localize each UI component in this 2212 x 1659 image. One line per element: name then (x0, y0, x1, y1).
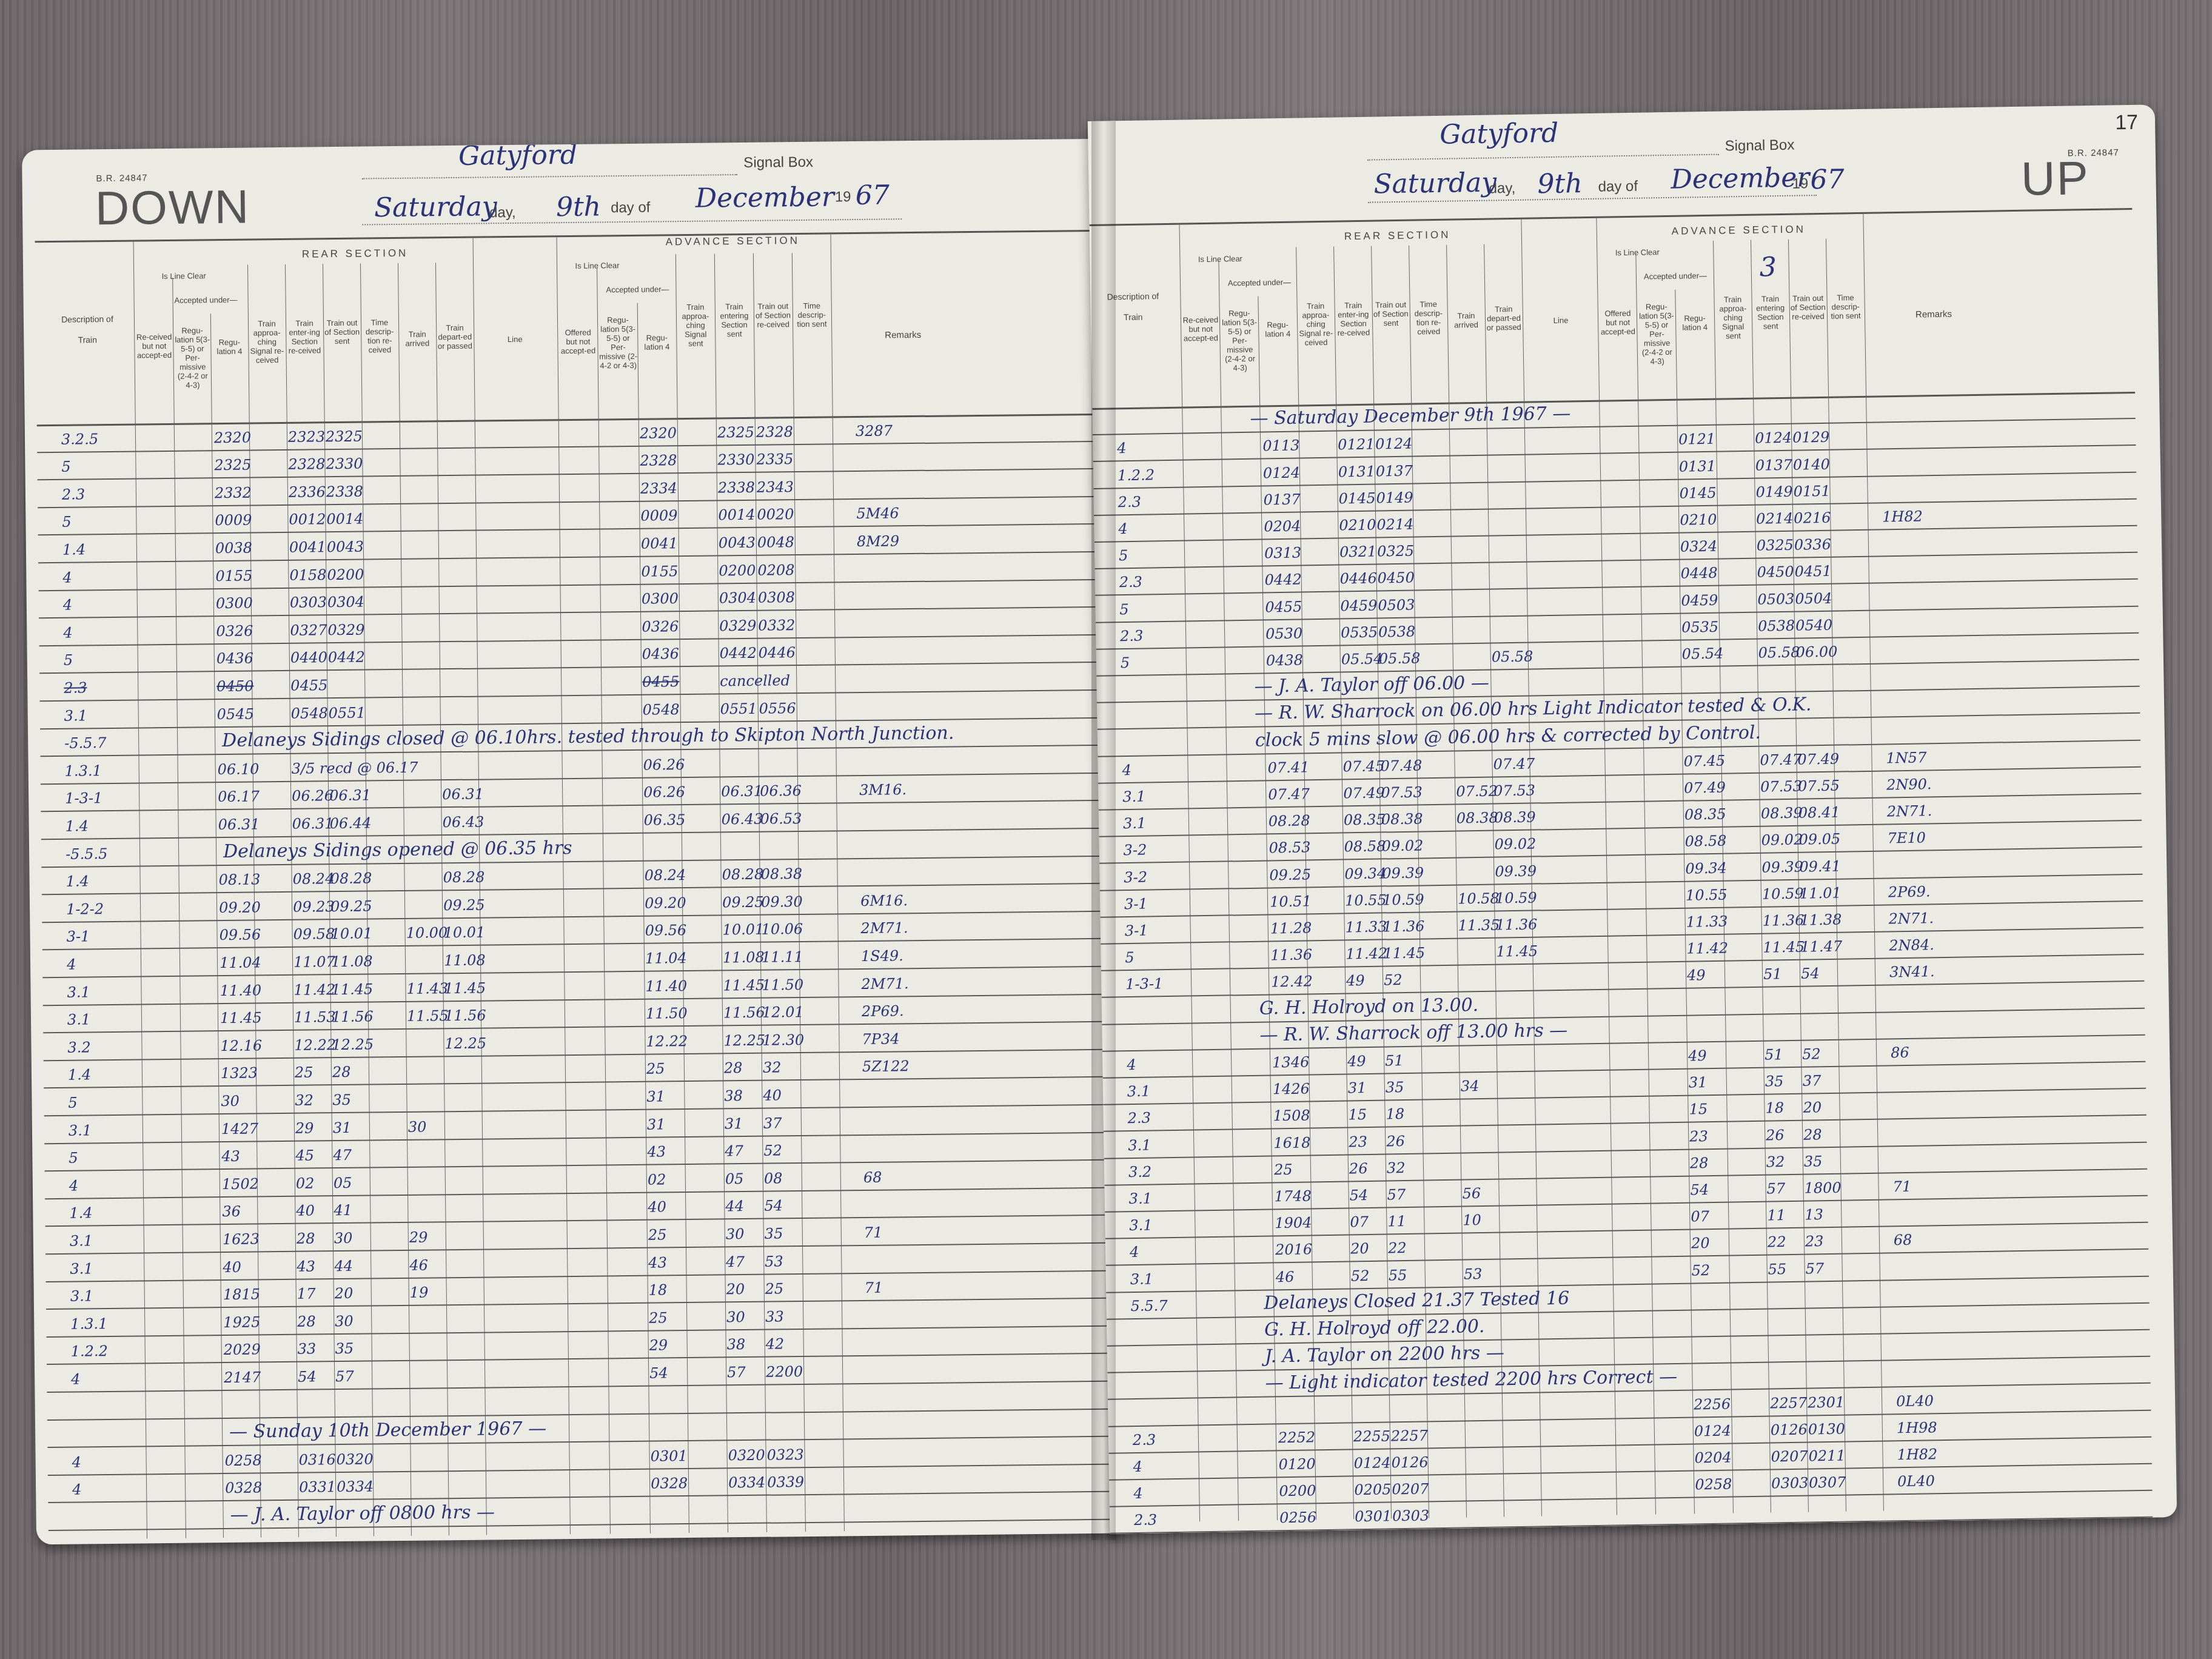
handwritten-note: — J. A. Taylor off 0800 hrs — (230, 1501, 495, 1526)
rear-entering-section-time: 25 (295, 1064, 313, 1081)
col-train-approaching-received-right: Train approa-ching Signal re-ceived (1298, 301, 1334, 347)
train-description: 3.1 (1129, 1190, 1153, 1208)
rear-entering-section-time: 06.26 (292, 788, 333, 805)
col-remarks: Remarks (842, 330, 964, 340)
direction-title: DOWN (95, 179, 250, 236)
rear-out-of-section-time: 0124 (1375, 435, 1413, 453)
rear-out-of-section-time: 31 (333, 1119, 352, 1136)
rear-regulation-4-time: 07.47 (1268, 785, 1310, 803)
advance-regulation-4-time: 0301 (650, 1447, 687, 1465)
accepted-under-label: Accepted under— (173, 295, 240, 305)
advance-entering-section-time: cancelled (720, 672, 790, 689)
rear-out-of-section-time: 06.44 (330, 814, 372, 832)
rear-regulation-4-time: 0442 (1265, 571, 1302, 589)
train-arrived-time: 46 (409, 1256, 428, 1273)
remarks-value: 71 (1892, 1178, 1911, 1195)
col-train-arrived-right: Train arrived (1449, 311, 1484, 330)
rear-regulation-4-time: 0038 (215, 539, 252, 557)
rear-regulation-4-time: 1904 (1275, 1215, 1312, 1232)
col-description: Description of Train (54, 309, 121, 350)
is-line-clear-label: Is Line Clear (138, 271, 229, 281)
direction-title-right: UP (2020, 150, 2090, 207)
rear-out-of-section-time: 10.01 (330, 925, 372, 943)
remarks-value: 1H98 (1897, 1419, 1937, 1436)
train-description: 3.1 (1130, 1270, 1154, 1288)
advance-out-of-section-time: 53 (765, 1253, 783, 1270)
rear-regulation-4-time: 08.53 (1269, 839, 1310, 857)
rear-entering-section-time: 0331 (299, 1479, 336, 1496)
col-offered-not-accepted: Offered but not accept-ed (558, 328, 597, 356)
train-description: 4 (72, 1481, 82, 1498)
remarks-value: 86 (1891, 1044, 1909, 1061)
train-description: 1.3.1 (70, 1315, 107, 1333)
rear-regulation-4-time: 2016 (1275, 1241, 1313, 1259)
remarks-value: 1H82 (1897, 1446, 1937, 1463)
col-train-entering-sent-right: Train entering Section sent (1752, 294, 1788, 331)
accepted-under-label-right: Accepted under— (1220, 278, 1299, 288)
advance-out-of-section-time: 52 (1802, 1045, 1821, 1062)
advance-regulation-4-time: 0300 (642, 590, 679, 608)
advance-entering-section-time: 18 (1765, 1100, 1784, 1117)
rear-entering-section-time: 3/5 recd @ 06.17 (292, 759, 418, 777)
advance-out-of-section-time: 10.06 (761, 920, 803, 938)
remarks-value: 2M71. (861, 975, 908, 993)
advance-regulation-4-time: 07.45 (1683, 752, 1725, 769)
advance-entering-section-time: 55 (1768, 1261, 1786, 1278)
advance-out-of-section-time: 08.41 (1798, 804, 1840, 822)
header-margin-note: 3 (1759, 252, 1777, 283)
signal-box-name: Gatyford (458, 139, 577, 172)
train-description: 1-3-1 (1125, 976, 1163, 993)
train-description: 3-1 (1124, 895, 1148, 913)
col-train-approaching-sent-right: Train approa-ching Signal sent (1715, 295, 1751, 341)
rear-regulation-4-time: 0450 (216, 677, 253, 695)
train-description: 3.1 (67, 1011, 90, 1028)
remarks-value: 2M71. (860, 920, 908, 937)
advance-regulation-4-time: 09.34 (1685, 859, 1727, 877)
rear-entering-section-time: 54 (1349, 1187, 1368, 1204)
train-description: 3.1 (70, 1232, 93, 1249)
train-description: 3.1 (70, 1260, 93, 1277)
train-description: 3.1 (1122, 788, 1146, 806)
advance-entering-section-time: 57 (1766, 1180, 1785, 1197)
rear-regulation-4-time: 0436 (216, 650, 253, 668)
advance-section-label-right: ADVANCE SECTION (1672, 223, 1806, 237)
advance-entering-section-time: 09.25 (722, 893, 764, 911)
rear-entering-section-time: 0124 (1353, 1454, 1391, 1472)
advance-regulation-4-time: 49 (1688, 1047, 1707, 1064)
rear-entering-section-time: 28 (297, 1230, 315, 1247)
train-description: 2.3 (1118, 493, 1141, 511)
train-description: 2.3 (1134, 1512, 1158, 1529)
rear-regulation-4-time: 07.41 (1267, 759, 1309, 776)
rear-regulation-4-time: 1748 (1274, 1187, 1312, 1205)
advance-regulation-4-time: 2256 (1694, 1395, 1731, 1413)
rear-out-of-section-time: 0043 (327, 538, 364, 556)
advance-out-of-section-time: 11.47 (1800, 938, 1842, 956)
train-departed-time: 07.53 (1493, 782, 1535, 799)
rear-entering-section-time: 09.58 (293, 925, 335, 943)
rear-out-of-section-time: 2325 (326, 427, 363, 445)
train-departed-time: 11.56 (444, 1007, 486, 1025)
advance-out-of-section-time: 0216 (1794, 509, 1831, 527)
day-number-right: 9th (1537, 168, 1583, 199)
rear-entering-section-time: 15 (1348, 1106, 1367, 1123)
rear-out-of-section-time: 0014 (326, 511, 363, 528)
train-description: 5 (68, 1094, 78, 1111)
train-description: 5 (1119, 547, 1128, 564)
advance-regulation-4-time: 11.40 (645, 977, 687, 995)
remarks-value: 68 (863, 1168, 882, 1185)
remarks-value: 2N84. (1889, 936, 1934, 954)
train-description: 5 (1125, 949, 1134, 966)
train-arrived-time: 11.55 (407, 1007, 449, 1025)
advance-out-of-section-time: 37 (763, 1114, 782, 1131)
advance-entering-section-time: 20 (726, 1281, 745, 1298)
rear-out-of-section-time: 07.53 (1381, 783, 1423, 801)
train-arrived-time: 11.43 (406, 980, 448, 997)
advance-out-of-section-time: 08 (764, 1170, 783, 1187)
rear-entering-section-time: 02 (296, 1175, 315, 1191)
advance-regulation-4-time: 2320 (640, 424, 677, 442)
advance-entering-section-time: 0126 (1771, 1421, 1808, 1438)
advance-entering-section-time: 2325 (717, 423, 754, 441)
advance-out-of-section-time: 35 (1804, 1153, 1823, 1170)
train-description: 4 (1117, 440, 1127, 457)
advance-entering-section-time: 57 (727, 1364, 746, 1381)
advance-out-of-section-time: 0336 (1794, 536, 1832, 554)
remarks-value: 7E10 (1887, 829, 1926, 847)
rear-out-of-section-time: 12.25 (332, 1036, 374, 1053)
remarks-value: 7P34 (862, 1030, 899, 1048)
advance-out-of-section-time: 0504 (1795, 589, 1832, 607)
rear-out-of-section-time: 2338 (326, 483, 363, 500)
advance-out-of-section-time: 2343 (757, 478, 794, 496)
advance-regulation-4-time: 0324 (1680, 538, 1718, 555)
col-train-out-received: Train out of Section re-ceived (755, 301, 791, 329)
rear-entering-section-time: 0455 (290, 677, 327, 694)
train-description: 1.2.2 (71, 1342, 108, 1360)
advance-entering-section-time: 0538 (1758, 617, 1795, 635)
advance-entering-section-time: 35 (1765, 1073, 1784, 1090)
train-description: 2.3 (1120, 627, 1144, 645)
rear-entering-section-time: 11.42 (293, 981, 335, 999)
advance-regulation-4-time: 0258 (1695, 1476, 1732, 1493)
advance-regulation-4-time: 0204 (1694, 1449, 1732, 1467)
rear-entering-section-time: 0210 (1339, 517, 1376, 534)
rear-entering-section-time: 11.33 (1346, 918, 1387, 936)
rear-regulation-4-time: 2320 (214, 429, 251, 446)
advance-out-of-section-time: 40 (763, 1087, 782, 1104)
signal-box-name-right: Gatyford (1439, 118, 1559, 150)
rear-entering-section-time: 29 (295, 1119, 314, 1136)
advance-out-of-section-time: 0211 (1808, 1447, 1846, 1465)
rear-entering-section-time: 05.54 (1341, 650, 1383, 668)
advance-entering-section-time: 38 (724, 1087, 743, 1104)
train-description: 3.1 (67, 984, 90, 1000)
rear-regulation-4-time: 08.28 (1269, 813, 1310, 830)
day-number: 9th (556, 191, 602, 223)
handwritten-note: G. H. Holroyd off 22.00. (1264, 1316, 1485, 1341)
advance-entering-section-time: 06.43 (721, 811, 763, 828)
col-train-arrived: Train arrived (400, 329, 435, 348)
col-line: Line (478, 334, 551, 344)
rear-entering-section-time: 0205 (1354, 1481, 1392, 1499)
advance-out-of-section-time: 0151 (1793, 483, 1831, 500)
rear-entering-section-time: 49 (1346, 972, 1365, 989)
advance-entering-section-time: 22 (1768, 1233, 1786, 1250)
rear-out-of-section-time: 11 (1387, 1213, 1406, 1230)
train-description: 5 (64, 652, 73, 669)
advance-regulation-4-time: 28 (1690, 1155, 1709, 1171)
rear-out-of-section-time: 08.38 (1381, 811, 1423, 828)
train-departed-time: 09.25 (443, 896, 485, 914)
train-description: 4 (62, 569, 72, 586)
rear-regulation-4-time: 0137 (1263, 491, 1301, 508)
advance-regulation-4-time: 31 (647, 1116, 666, 1133)
train-arrived-time: 29 (409, 1229, 428, 1246)
col-received-not-accepted: Re-ceived but not accept-ed (135, 332, 173, 360)
rear-entering-section-time: 07.49 (1343, 784, 1385, 802)
rear-out-of-section-time: 0503 (1378, 596, 1415, 614)
advance-regulation-4-time: 07.49 (1684, 779, 1726, 797)
advance-regulation-4-time: 02 (648, 1171, 666, 1188)
advance-out-of-section-time: 0208 (757, 561, 794, 579)
advance-out-of-section-time: 07.55 (1798, 777, 1840, 795)
train-description: 4 (1127, 1056, 1136, 1073)
rear-entering-section-time: 2328 (288, 455, 325, 473)
remarks-value: 0L40 (1896, 1392, 1934, 1410)
rear-regulation-4-time: 0204 (1264, 518, 1301, 535)
advance-out-of-section-time: 0540 (1795, 617, 1833, 634)
rear-regulation-4-time: 0258 (225, 1452, 262, 1469)
train-departed-time: 06.43 (443, 813, 484, 831)
advance-entering-section-time: 0551 (720, 700, 757, 717)
advance-regulation-4-time: 0459 (1681, 591, 1718, 609)
rear-entering-section-time: 49 (1347, 1053, 1366, 1070)
rear-regulation-4-time: 1925 (223, 1313, 260, 1331)
handwritten-note: — Sunday 10th December 1967 — (229, 1418, 546, 1443)
rear-regulation-4-time: 11.04 (220, 954, 261, 971)
advance-out-of-section-time: 0048 (757, 534, 794, 551)
rear-out-of-section-time: 0137 (1376, 462, 1413, 480)
train-departed-time: 07.47 (1493, 755, 1535, 773)
train-departed-time: 06.31 (442, 786, 484, 803)
rear-entering-section-time: 09.23 (293, 898, 335, 916)
rear-regulation-4-time: 0256 (1279, 1509, 1317, 1527)
train-description: 1.4 (65, 873, 89, 890)
train-departed-time: 11.45 (1496, 943, 1538, 960)
remarks-value: 6M16. (860, 892, 908, 910)
rear-entering-section-time: 17 (297, 1285, 316, 1302)
rear-entering-section-time: 08.58 (1344, 838, 1386, 856)
train-description: 5 (61, 458, 71, 475)
advance-out-of-section-time: 13 (1805, 1206, 1823, 1223)
train-description: 3.1 (1129, 1217, 1153, 1235)
advance-out-of-section-time: 12.30 (762, 1031, 804, 1049)
rear-regulation-4-time: 1323 (221, 1065, 258, 1082)
rear-out-of-section-time: 2330 (326, 455, 363, 473)
rear-out-of-section-time: 47 (333, 1147, 352, 1164)
advance-regulation-4-time: 31 (1689, 1074, 1708, 1091)
train-arrived-time: 34 (1461, 1078, 1480, 1094)
rear-regulation-4-time: 10.51 (1270, 893, 1312, 910)
rear-regulation-4-time: 0113 (1262, 437, 1300, 455)
advance-out-of-section-time: 09.30 (761, 893, 803, 911)
rear-out-of-section-time: 0538 (1378, 623, 1416, 640)
advance-regulation-4-time: 08.24 (644, 866, 686, 884)
train-departed-time: 05.58 (1492, 648, 1533, 666)
remarks-value: 2N71. (1888, 910, 1934, 927)
rear-regulation-4-time: 0455 (1265, 598, 1302, 615)
advance-entering-section-time: 0214 (1756, 510, 1794, 528)
rear-out-of-section-time: 32 (1387, 1159, 1406, 1176)
rear-regulation-4-time: 09.56 (219, 927, 261, 944)
col-train-departed-right: Train depart-ed or passed (1486, 304, 1522, 332)
rear-entering-section-time: 0041 (289, 538, 326, 556)
rear-regulation-4-time: 12.16 (220, 1037, 262, 1054)
rear-entering-section-time: 0145 (1338, 489, 1376, 507)
rear-entering-section-time: 0301 (1355, 1508, 1392, 1526)
rear-out-of-section-time: 0304 (327, 594, 364, 611)
rear-entering-section-time: 11.42 (1346, 945, 1387, 963)
rear-entering-section-time: 11.07 (293, 953, 335, 971)
train-description: 4 (71, 1371, 81, 1388)
train-description: 2.3 (1133, 1431, 1156, 1449)
advance-regulation-4-time: 10.55 (1686, 886, 1728, 903)
rear-regulation-4-time: 0155 (215, 567, 252, 585)
train-description: 5 (62, 514, 72, 531)
advance-regulation-4-time: 0155 (641, 563, 678, 580)
rear-entering-section-time: 0303 (290, 594, 327, 611)
rear-out-of-section-time: 0329 (327, 621, 364, 638)
train-description: 1.2.2 (1118, 466, 1155, 484)
col-time-desc-sent: Time descrip-tion sent (794, 301, 830, 329)
rear-out-of-section-time: 0450 (1377, 569, 1415, 587)
advance-regulation-4-time: 0124 (1694, 1422, 1732, 1439)
advance-regulation-4-time: 11.04 (645, 950, 687, 967)
rear-out-of-section-time: 0442 (328, 649, 365, 666)
train-arrived-time: 11.35 (1458, 916, 1500, 934)
train-departed-time: 09.39 (1495, 862, 1537, 880)
advance-out-of-section-time: 0130 (1808, 1420, 1846, 1438)
rear-entering-section-time: 0535 (1341, 623, 1378, 641)
rear-regulation-4-time: 0009 (215, 512, 252, 529)
advance-entering-section-time: 2330 (717, 451, 754, 469)
rear-regulation-4-time: 1427 (221, 1120, 258, 1138)
train-departed-time: 10.59 (1495, 889, 1537, 907)
advance-out-of-section-time: 2301 (1808, 1393, 1845, 1411)
rear-entering-section-time: 0459 (1340, 597, 1378, 614)
col-regulation-4-right: Regu-lation 4 (1259, 320, 1296, 339)
advance-out-of-section-time: 0308 (758, 589, 795, 606)
train-description: 3-1 (66, 928, 90, 945)
remarks-value: 2P69. (862, 1002, 904, 1020)
advance-out-of-section-time: 11.11 (762, 948, 803, 966)
rear-regulation-4-time: 1502 (222, 1175, 259, 1193)
down-register-rows: 3.2.523202323232523202325232832875232523… (37, 413, 1122, 1540)
rear-out-of-section-time: 0207 (1392, 1481, 1429, 1498)
advance-is-line-clear-label-right: Is Line Clear (1598, 247, 1677, 258)
handwritten-note: Delaneys Closed 21.37 Tested 16 (1264, 1288, 1569, 1314)
advance-entering-section-time: 0303 (1771, 1475, 1809, 1492)
col-time-desc-sent-right: Time descrip-tion sent (1828, 293, 1863, 321)
advance-out-of-section-time: 0323 (766, 1446, 803, 1464)
signal-box-line-right (1367, 154, 1719, 161)
train-arrived-time: 19 (410, 1284, 429, 1301)
remarks-value: 3287 (856, 422, 893, 440)
rear-section-label: REAR SECTION (302, 247, 409, 261)
rear-entering-section-time: 08.35 (1344, 811, 1386, 829)
advance-regulation-4-time: 40 (648, 1199, 666, 1216)
train-arrived-time: 08.38 (1456, 809, 1498, 827)
col-train-entering-received: Train enter-ing Section re-ceived (287, 318, 323, 355)
rear-out-of-section-time: 09.25 (330, 897, 372, 915)
advance-out-of-section-time: 54 (1801, 965, 1820, 982)
rear-out-of-section-time: 0303 (1392, 1507, 1430, 1525)
advance-entering-section-time: 51 (1765, 1046, 1783, 1063)
rear-entering-section-time: 23 (1349, 1133, 1367, 1150)
train-description: 3-2 (1124, 868, 1147, 886)
handwritten-note: Delaneys Sidings opened @ 06.35 hrs (223, 837, 572, 862)
handwritten-note: — Saturday December 9th 1967 — (1250, 403, 1570, 429)
train-description: 4 (69, 1177, 79, 1194)
advance-entering-section-time: 38 (727, 1336, 746, 1353)
train-description: 3.1 (1123, 815, 1147, 833)
rear-out-of-section-time: 28 (332, 1064, 351, 1081)
rear-out-of-section-time: 11.45 (1383, 945, 1425, 962)
handwritten-note: — R. W. Sharrock off 13.00 hrs — (1259, 1020, 1567, 1046)
advance-entering-section-time: 11.45 (1763, 939, 1805, 956)
rear-regulation-4-time: 43 (221, 1148, 240, 1165)
advance-regulation-4-time: 15 (1689, 1101, 1708, 1118)
rear-out-of-section-time: 0320 (337, 1450, 374, 1468)
rear-out-of-section-time: 0149 (1376, 489, 1413, 506)
advance-entering-section-time: 05.58 (1758, 644, 1800, 662)
train-description: 3.1 (1128, 1136, 1151, 1154)
remarks-value: 2N90. (1886, 776, 1932, 793)
rear-out-of-section-time: 57 (335, 1368, 354, 1385)
month: December (695, 181, 834, 213)
rear-entering-section-time: 28 (297, 1313, 316, 1330)
rear-regulation-4-time: 36 (222, 1203, 241, 1220)
advance-entering-section-time: 10.01 (722, 921, 764, 939)
train-description: -5.5.5 (65, 845, 107, 863)
year-prefix: 19 (835, 189, 851, 206)
train-description: 4 (63, 624, 73, 641)
advance-regulation-4-time: 49 (1687, 967, 1706, 984)
col-advance-regulation-4-right: Regu-lation 4 (1677, 313, 1713, 332)
advance-regulation-4-time: 0448 (1680, 565, 1718, 582)
col-received-not-accepted-right: Re-ceived but not accept-ed (1182, 315, 1220, 343)
advance-out-of-section-time: 0339 (767, 1473, 804, 1491)
down-page: B.R. 24847 DOWN Gatyford Signal Box Satu… (22, 139, 1122, 1545)
train-departed-time: 11.36 (1495, 916, 1537, 933)
advance-out-of-section-time: 33 (765, 1308, 784, 1325)
advance-out-of-section-time: 57 (1805, 1260, 1824, 1277)
remarks-value: 1H82 (1882, 508, 1923, 525)
rear-out-of-section-time: 11.56 (332, 1008, 374, 1026)
rear-out-of-section-time: 0551 (329, 704, 366, 722)
train-departed-time: 09.02 (1494, 836, 1536, 853)
rear-out-of-section-time: 07.48 (1380, 757, 1422, 774)
rear-section-label-right: REAR SECTION (1344, 229, 1451, 243)
advance-regulation-4-time: 2328 (640, 452, 677, 469)
advance-entering-section-time: 0325 (1757, 537, 1794, 554)
rear-regulation-4-time: 06.10 (218, 760, 260, 778)
train-description: 1.4 (65, 817, 89, 834)
advance-out-of-section-time: 28 (1803, 1126, 1822, 1143)
